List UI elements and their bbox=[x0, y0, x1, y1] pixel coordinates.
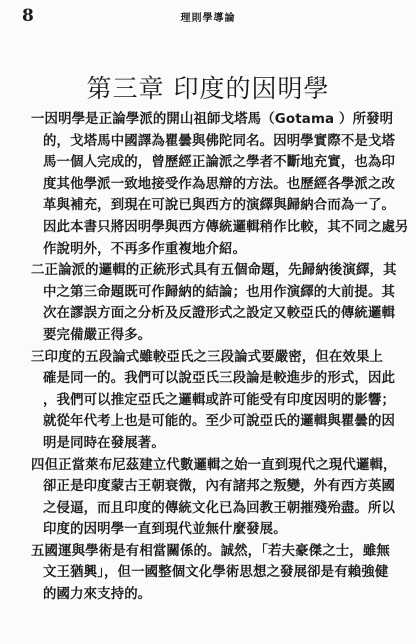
text-line: 就從年代考上也是可能的。至少可說亞氏的邏輯與瞿曇的因 bbox=[31, 411, 401, 433]
text-line: 馬一個人完成的，曾歷經正論派之學者不斷地充實，也為印 bbox=[31, 152, 401, 174]
text-line: 因此本書只將因明學與西方傳統邏輯稍作比較，其不同之處另 bbox=[31, 217, 401, 239]
text-line: 次在謬誤方面之分析及反證形式之設定又較亞氏的傳統邏輯 bbox=[31, 303, 401, 325]
paragraph-2: 二正論派的邏輯的正統形式具有五個命題，先歸納後演繹，其 中之第三命題既可作歸納的… bbox=[31, 260, 401, 346]
text-line: ，我們可以推定亞氏之邏輯或許可能受有印度因明的影響； bbox=[31, 390, 401, 412]
paragraph-1: 一因明學是正論學派的開山祖師戈塔馬（Gotama ）所發明 的，戈塔馬中國譯為瞿… bbox=[31, 109, 401, 260]
paragraph-4: 四但正當萊布尼茲建立代數邏輯之始一直到現代之現代邏輯， 卻正是印度蒙古王朝衰微，… bbox=[31, 455, 401, 541]
text-line: 度其他學派一致地接受作為思辯的方法。也歷經各學派之改 bbox=[31, 174, 401, 196]
text-line: 一因明學是正論學派的開山祖師戈塔馬（Gotama ）所發明 bbox=[31, 109, 401, 131]
text-line: 文王猶興」，但一國整個文化學術思想之發展卻是有賴強健 bbox=[31, 562, 401, 584]
running-header: 理則學導論 bbox=[0, 9, 416, 24]
paragraph-5: 五國運與學術是有相當關係的。誠然，「若夫豪傑之士，雖無 文王猶興」，但一國整個文… bbox=[31, 541, 401, 606]
text-line: 的，戈塔馬中國譯為瞿曇與佛陀同名。因明學實際不是戈塔 bbox=[31, 131, 401, 153]
text-line: 卻正是印度蒙古王朝衰微，內有諸邦之叛變，外有西方英國 bbox=[31, 476, 401, 498]
text-line: 印度的因明學一直到現代並無什麼發展。 bbox=[31, 519, 401, 541]
text-line: 確是同一的。我們可以說亞氏三段論是較進步的形式，因此 bbox=[31, 368, 401, 390]
text-line: 革與補充，到現在可說已與西方的演繹與歸納合而為一了。 bbox=[31, 195, 401, 217]
body-text: 一因明學是正論學派的開山祖師戈塔馬（Gotama ）所發明 的，戈塔馬中國譯為瞿… bbox=[31, 109, 401, 606]
text-line: 要完備嚴正得多。 bbox=[31, 325, 401, 347]
text-line: 五國運與學術是有相當關係的。誠然，「若夫豪傑之士，雖無 bbox=[31, 541, 401, 563]
text-line: 中之第三命題既可作歸納的結論；也用作演繹的大前提。其 bbox=[31, 282, 401, 304]
paragraph-3: 三印度的五段論式雖較亞氏之三段論式要嚴密，但在效果上 確是同一的。我們可以說亞氏… bbox=[31, 347, 401, 455]
text-line: 二正論派的邏輯的正統形式具有五個命題，先歸納後演繹，其 bbox=[31, 260, 401, 282]
text-line: 三印度的五段論式雖較亞氏之三段論式要嚴密，但在效果上 bbox=[31, 347, 401, 369]
chapter-title: 第三章 印度的因明學 bbox=[0, 69, 416, 105]
text-line: 的國力來支持的。 bbox=[31, 584, 401, 606]
text-line: 作說明外，不再多作重複地介紹。 bbox=[31, 239, 401, 261]
text-line: 之侵逼，而且印度的傳統文化已為回教王朝摧殘殆盡。所以 bbox=[31, 498, 401, 520]
text-line: 四但正當萊布尼茲建立代數邏輯之始一直到現代之現代邏輯， bbox=[31, 455, 401, 477]
text-line: 明是同時在發展著。 bbox=[31, 433, 401, 455]
